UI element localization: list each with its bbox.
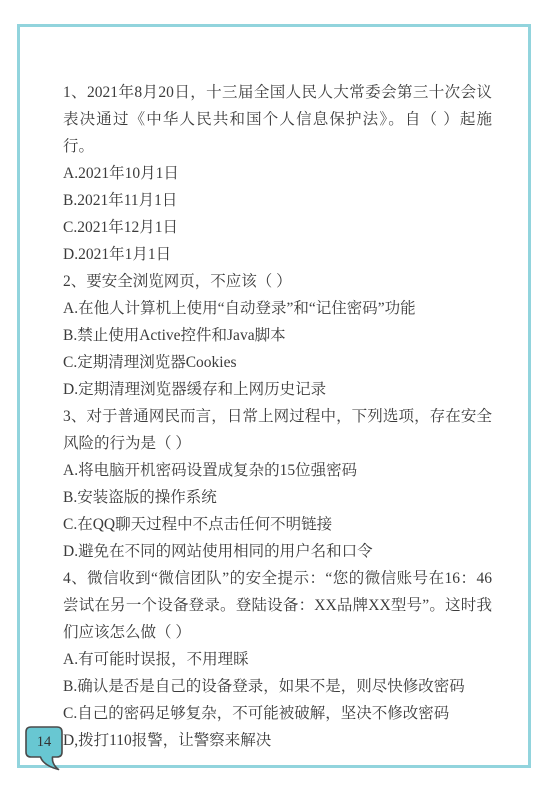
question-option: B.确认是否是自己的设备登录，如果不是，则尽快修改密码 [63,673,492,700]
question-stem: 4、微信收到“微信团队”的安全提示：“您的微信账号在16：46尝试在另一个设备登… [63,565,492,646]
question-block-4: 4、微信收到“微信团队”的安全提示：“您的微信账号在16：46尝试在另一个设备登… [63,565,492,754]
question-block-1: 1、2021年8月20日，十三届全国人民人大常委会第三十次会议表决通过《中华人民… [63,79,492,268]
question-option: B.安装盗版的操作系统 [63,484,492,511]
question-option: C.2021年12月1日 [63,214,492,241]
question-block-3: 3、对于普通网民而言，日常上网过程中，下列选项，存在安全风险的行为是（ ） A.… [63,403,492,565]
page-number: 14 [26,727,62,757]
question-option: D.定期清理浏览器缓存和上网历史记录 [63,376,492,403]
question-option: B.2021年11月1日 [63,187,492,214]
question-stem: 3、对于普通网民而言，日常上网过程中，下列选项，存在安全风险的行为是（ ） [63,403,492,457]
page-number-badge: 14 [24,725,70,773]
question-option: C.在QQ聊天过程中不点击任何不明链接 [63,511,492,538]
question-option: D.避免在不同的网站使用相同的用户名和口令 [63,538,492,565]
question-option: C.自己的密码足够复杂，不可能被破解，坚决不修改密码 [63,700,492,727]
question-option: C.定期清理浏览器Cookies [63,349,492,376]
question-option: A.在他人计算机上使用“自动登录”和“记住密码”功能 [63,295,492,322]
question-block-2: 2、要安全浏览网页，不应该（ ） A.在他人计算机上使用“自动登录”和“记住密码… [63,268,492,403]
question-option: D.2021年1月1日 [63,241,492,268]
question-stem: 1、2021年8月20日，十三届全国人民人大常委会第三十次会议表决通过《中华人民… [63,79,492,160]
question-option: D,拨打110报警，让警察来解决 [63,727,492,754]
question-option: A.2021年10月1日 [63,160,492,187]
questions-area: 1、2021年8月20日，十三届全国人民人大常委会第三十次会议表决通过《中华人民… [63,79,492,754]
question-option: B.禁止使用Active控件和Java脚本 [63,322,492,349]
question-stem: 2、要安全浏览网页，不应该（ ） [63,268,492,295]
question-option: A.将电脑开机密码设置成复杂的15位强密码 [63,457,492,484]
page-frame: 1、2021年8月20日，十三届全国人民人大常委会第三十次会议表决通过《中华人民… [17,24,531,768]
question-option: A.有可能时误报，不用理睬 [63,646,492,673]
